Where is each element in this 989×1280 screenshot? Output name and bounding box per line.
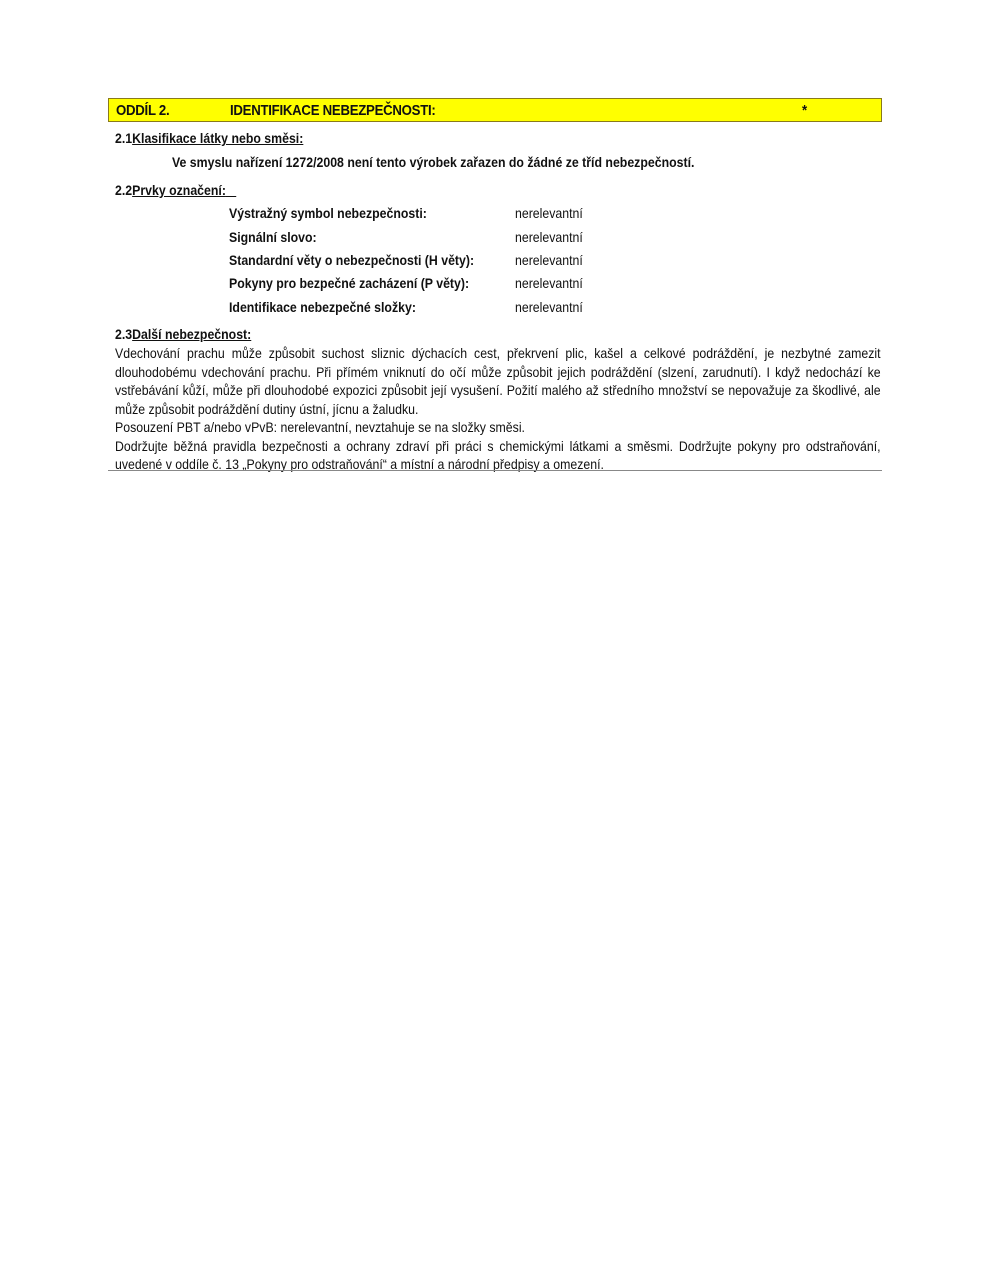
subsection-title: Prvky označení: — [132, 182, 226, 198]
sds-section-2: ODDÍL 2. IDENTIFIKACE NEBEZPEČNOSTI: * 2… — [108, 98, 882, 122]
label-row-value: nerelevantní — [515, 205, 583, 221]
label-row-label: Pokyny pro bezpečné zacházení (P věty): — [229, 275, 469, 291]
hazard-paragraph: Vdechování prachu může způsobit suchost … — [115, 344, 881, 418]
label-row-label: Standardní věty o nebezpečnosti (H věty)… — [229, 252, 474, 268]
subsection-2-1-heading: 2.1Klasifikace látky nebo směsi: — [115, 130, 303, 146]
label-row-label: Signální slovo: — [229, 229, 317, 245]
label-row-label: Výstražný symbol nebezpečnosti: — [229, 205, 427, 221]
label-row-label: Identifikace nebezpečné složky: — [229, 299, 416, 315]
safety-paragraph: Dodržujte běžná pravidla bezpečnosti a o… — [115, 437, 881, 474]
subsection-2-3-heading: 2.3Další nebezpečnost: — [115, 326, 251, 342]
subsection-title: Klasifikace látky nebo směsi: — [132, 130, 303, 146]
label-row-value: nerelevantní — [515, 299, 583, 315]
section-header-bar: ODDÍL 2. IDENTIFIKACE NEBEZPEČNOSTI: * — [108, 98, 882, 122]
section-number: ODDÍL 2. — [116, 102, 169, 119]
revision-marker: * — [802, 102, 807, 119]
subsection-2-2-heading: 2.2Prvky označení: — [115, 182, 236, 198]
classification-statement: Ve smyslu nařízení 1272/2008 není tento … — [172, 154, 694, 170]
label-row-value: nerelevantní — [515, 275, 583, 291]
subsection-number: 2.2 — [115, 182, 132, 198]
subsection-title: Další nebezpečnost: — [132, 326, 251, 342]
subsection-number: 2.1 — [115, 130, 132, 146]
pbt-paragraph: Posouzení PBT a/nebo vPvB: nerelevantní,… — [115, 418, 881, 437]
section-divider — [108, 470, 882, 471]
label-row-value: nerelevantní — [515, 252, 583, 268]
other-hazards-text: Vdechování prachu může způsobit suchost … — [115, 344, 881, 474]
section-title: IDENTIFIKACE NEBEZPEČNOSTI: — [230, 102, 436, 119]
label-row-value: nerelevantní — [515, 229, 583, 245]
subsection-number: 2.3 — [115, 326, 132, 342]
